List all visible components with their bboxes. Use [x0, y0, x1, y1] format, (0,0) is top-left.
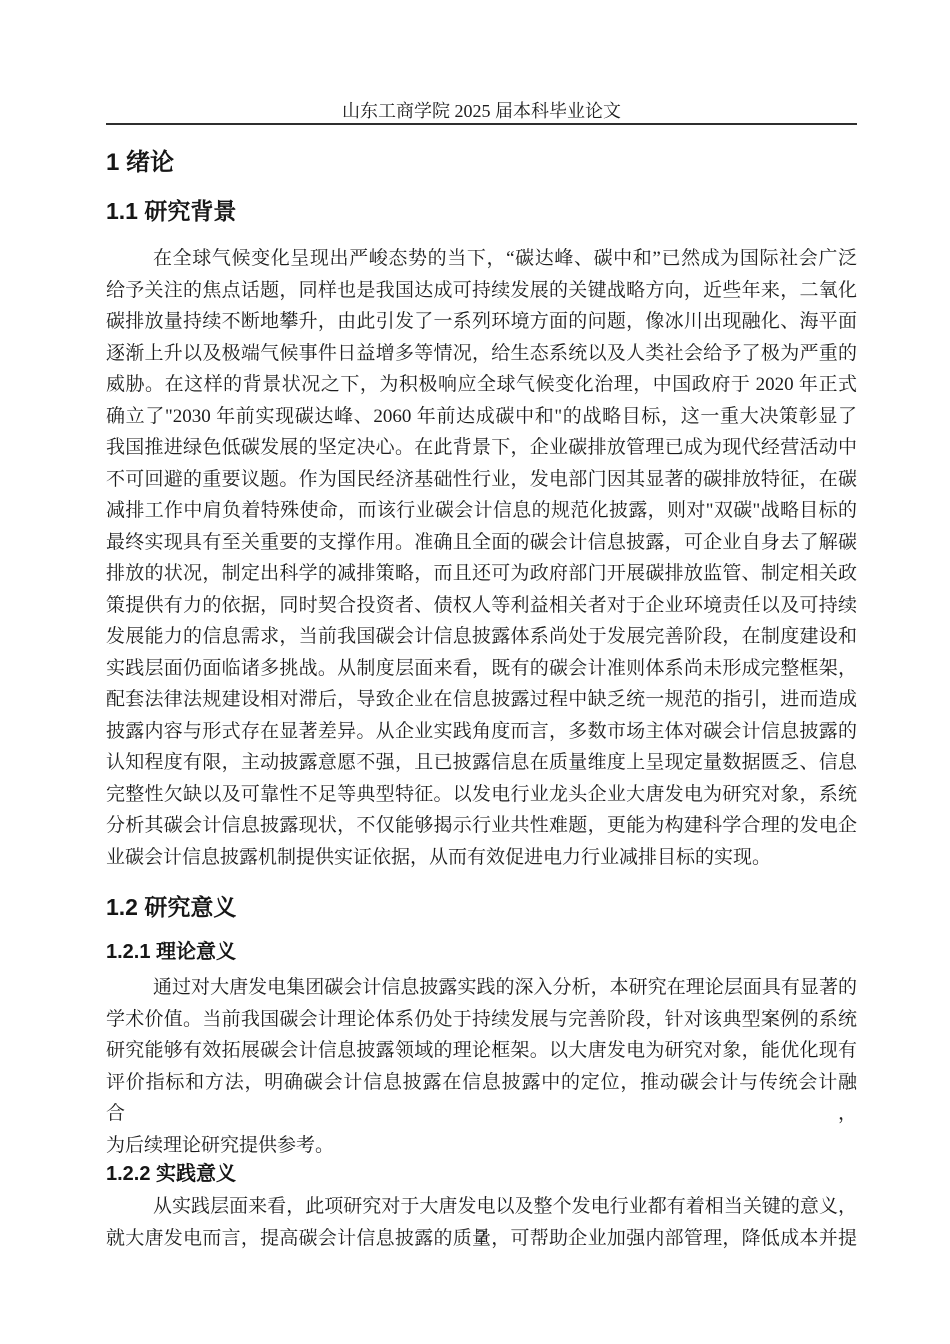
content-column: 山东工商学院 2025 届本科毕业论文 1 绪论1.1 研究背景在全球气候变化呈…: [106, 0, 857, 1254]
paragraph-line: 完整性欠缺以及可靠性不足等典型特征。以发电行业龙头企业大唐发电为研究对象，系统: [106, 779, 857, 811]
paragraph-line: 我国推进绿色低碳发展的坚定决心。在此背景下，企业碳排放管理已成为现代经营活动中: [106, 432, 857, 464]
paragraph-line: 排放的状况，制定出科学的减排策略，而且还可为政府部门开展碳排放监管、制定相关政: [106, 558, 857, 590]
paragraph: 通过对大唐发电集团碳会计信息披露实践的深入分析，本研究在理论层面具有显著的学术价…: [106, 972, 857, 1161]
page-footer: 2: [106, 1224, 857, 1248]
paragraph-line: 不可回避的重要议题。作为国民经济基础性行业，发电部门因其显著的碳排放特征，在碳: [106, 464, 857, 496]
paragraph-line: 减排工作中肩负着特殊使命，而该行业碳会计信息的规范化披露，则对"双碳"战略目标的: [106, 495, 857, 527]
chapter-heading: 1 绪论: [106, 148, 857, 178]
paragraph-line: 从实践层面来看，此项研究对于大唐发电以及整个发电行业都有着相当关键的意义，: [106, 1191, 857, 1223]
paragraph-line: 配套法律法规建设相对滞后，导致企业在信息披露过程中缺乏统一规范的指引，进而造成: [106, 684, 857, 716]
subsection-heading: 1.2.2 实践意义: [106, 1161, 857, 1187]
paragraph-line: 分析其碳会计信息披露现状，不仅能够揭示行业共性难题，更能为构建科学合理的发电企: [106, 810, 857, 842]
paragraph-line: 碳排放量持续不断地攀升，由此引发了一系列环境方面的问题，像冰川出现融化、海平面: [106, 306, 857, 338]
subsection-heading: 1.2.1 理论意义: [106, 939, 857, 965]
running-header-title: 山东工商学院 2025 届本科毕业论文: [342, 101, 621, 121]
paragraph-line: 认知程度有限，主动披露意愿不强，且已披露信息在质量维度上呈现定量数据匮乏、信息: [106, 747, 857, 779]
paragraph-line: 学术价值。当前我国碳会计理论体系仍处于持续发展与完善阶段，针对该典型案例的系统: [106, 1004, 857, 1036]
paragraph-line: 威胁。在这样的背景状况之下，为积极响应全球气候变化治理，中国政府于 2020 年…: [106, 369, 857, 401]
paragraph-line: 发展能力的信息需求，当前我国碳会计信息披露体系尚处于发展完善阶段，在制度建设和: [106, 621, 857, 653]
paragraph-line: 逐渐上升以及极端气候事件日益增多等情况，给生态系统以及人类社会给予了极为严重的: [106, 338, 857, 370]
paragraph-line: 最终实现具有至关重要的支撑作用。准确且全面的碳会计信息披露，可企业自身去了解碳: [106, 527, 857, 559]
page-number: 2: [477, 1226, 486, 1246]
paragraph-line: 为后续理论研究提供参考。: [106, 1130, 857, 1162]
paragraph-line: 实践层面仍面临诸多挑战。从制度层面来看，既有的碳会计准则体系尚未形成完整框架，: [106, 653, 857, 685]
paragraph-line: 在全球气候变化呈现出严峻态势的当下，“碳达峰、碳中和”已然成为国际社会广泛: [106, 243, 857, 275]
paragraph-line: 给予关注的焦点话题，同样也是我国达成可持续发展的关键战略方向，近些年来，二氧化: [106, 275, 857, 307]
paragraph-line: 通过对大唐发电集团碳会计信息披露实践的深入分析，本研究在理论层面具有显著的: [106, 972, 857, 1004]
paragraph-line: 策提供有力的依据，同时契合投资者、债权人等利益相关者对于企业环境责任以及可持续: [106, 590, 857, 622]
section-heading: 1.2 研究意义: [106, 892, 857, 922]
section-heading: 1.1 研究背景: [106, 196, 857, 226]
thesis-page: 山东工商学院 2025 届本科毕业论文 1 绪论1.1 研究背景在全球气候变化呈…: [0, 0, 950, 1344]
running-header: 山东工商学院 2025 届本科毕业论文: [106, 0, 857, 125]
paragraph-line: 研究能够有效拓展碳会计信息披露领域的理论框架。以大唐发电为研究对象，能优化现有: [106, 1035, 857, 1067]
paragraph-line: 确立了"2030 年前实现碳达峰、2060 年前达成碳中和"的战略目标，这一重大…: [106, 401, 857, 433]
paragraph-line: 评价指标和方法，明确碳会计信息披露在信息披露中的定位，推动碳会计与传统会计融合，: [106, 1067, 857, 1130]
paragraph-line: 业碳会计信息披露机制提供实证依据，从而有效促进电力行业减排目标的实现。: [106, 842, 857, 874]
paragraph: 在全球气候变化呈现出严峻态势的当下，“碳达峰、碳中和”已然成为国际社会广泛给予关…: [106, 243, 857, 873]
paragraph-line: 披露内容与形式存在显著差异。从企业实践角度而言，多数市场主体对碳会计信息披露的: [106, 716, 857, 748]
document-body: 1 绪论1.1 研究背景在全球气候变化呈现出严峻态势的当下，“碳达峰、碳中和”已…: [106, 148, 857, 1254]
